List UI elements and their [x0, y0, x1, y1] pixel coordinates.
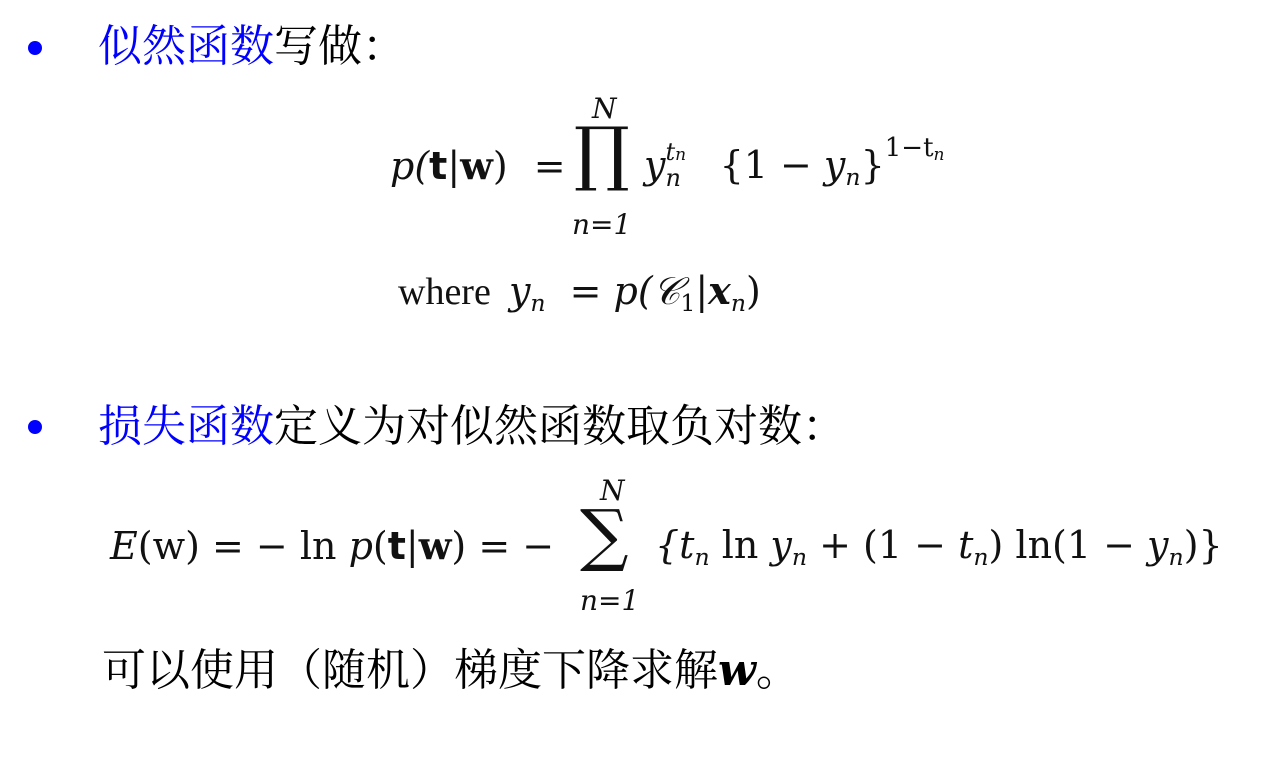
t2-sub: n — [973, 543, 988, 571]
likelihood-rest: 写做： — [274, 25, 406, 69]
lower-n1: n=1 — [580, 584, 639, 617]
t2-var: t — [958, 523, 973, 567]
w-vector: w — [460, 143, 493, 188]
brace-close: } — [861, 143, 885, 187]
likelihood-term: 似然函数 — [98, 25, 274, 69]
bar: | — [695, 269, 708, 313]
paren-close: ) — [493, 144, 508, 188]
brace-close: )} — [1184, 523, 1223, 567]
E-var: E — [110, 524, 138, 568]
y2-var: y — [1147, 523, 1168, 567]
sum-lower-limit: n=1 — [580, 584, 639, 617]
bullet-dot-icon — [28, 420, 42, 434]
paren-open: ( — [373, 524, 388, 568]
exponent-sub: n — [934, 145, 945, 165]
C-sub: 1 — [680, 289, 695, 317]
bar: | — [406, 524, 419, 568]
where-word: where — [398, 271, 491, 313]
conclusion-line: 可以使用（随机）梯度下降求解w。 — [102, 648, 800, 694]
where-clause: where yn =p(𝒞1|xn) — [398, 268, 761, 314]
y-sup: t — [665, 138, 675, 166]
y2-sub: n — [845, 163, 860, 191]
likelihood-formula: p(t|w) = — [390, 143, 580, 188]
brace-open: {1 − — [720, 143, 824, 187]
Ew-neg-ln: (w) = − ln — [138, 524, 349, 568]
upper-N: N — [600, 474, 625, 507]
t-vector: t — [429, 144, 447, 188]
y1-var: y — [770, 523, 791, 567]
y-var: y — [509, 269, 530, 313]
y-sub: n — [665, 164, 680, 192]
w-bold: w — [718, 649, 756, 693]
y-var: y — [644, 143, 665, 187]
exponent: 1−t — [885, 133, 934, 163]
bullet-likelihood: 似然函数写做： — [98, 24, 406, 70]
bullet-dot-icon — [28, 41, 42, 55]
bar: | — [447, 144, 460, 188]
p-open: p( — [390, 144, 429, 188]
conclusion-text: 可以使用（随机）梯度下降求解 — [102, 649, 718, 693]
sum-operator: ∑ — [580, 502, 629, 570]
w-vector: w — [419, 523, 452, 568]
sum-upper-limit: N — [600, 474, 625, 507]
loss-rest: 定义为对似然函数取负对数： — [274, 405, 846, 449]
t-sub: n — [694, 543, 709, 571]
loss-formula-lhs: E(w) = − ln p(t|w) = − — [110, 523, 554, 568]
brace-t: {t — [655, 523, 694, 567]
product-lower-limit: n=1 — [572, 208, 631, 241]
bullet-loss: 损失函数定义为对似然函数取负对数： — [98, 404, 846, 450]
plus-term: + (1 − — [807, 523, 958, 567]
p-var: p — [349, 524, 373, 568]
lower-n1: n=1 — [572, 208, 631, 241]
loss-formula-body: {tn ln yn + (1 − tn) ln(1 − yn)} — [655, 523, 1223, 567]
x-vector: x — [708, 268, 731, 313]
y-sup-sub: n — [675, 145, 686, 165]
loss-term: 损失函数 — [98, 405, 274, 449]
y-sub: n — [530, 289, 545, 317]
y1-sub: n — [792, 543, 807, 571]
x-sub: n — [731, 289, 746, 317]
ln1: ln — [710, 523, 771, 567]
period: 。 — [756, 649, 800, 693]
equals: = — [570, 269, 602, 313]
upper-N: N — [592, 92, 617, 125]
product-operator: ∏ — [574, 118, 630, 188]
y2-sub: n — [1169, 543, 1184, 571]
class-C: 𝒞 — [653, 269, 681, 313]
likelihood-formula-body: y tn n {1 − yn}1−tn — [644, 143, 944, 187]
p-open: p( — [614, 269, 653, 313]
close-eq-neg: ) = − — [451, 524, 554, 568]
ln2-term: ) ln(1 − — [989, 523, 1148, 567]
product-upper-limit: N — [592, 92, 617, 125]
paren-close: ) — [746, 269, 761, 313]
equals: = — [534, 144, 566, 188]
t-vector: t — [388, 524, 406, 568]
y2-var: y — [824, 143, 845, 187]
